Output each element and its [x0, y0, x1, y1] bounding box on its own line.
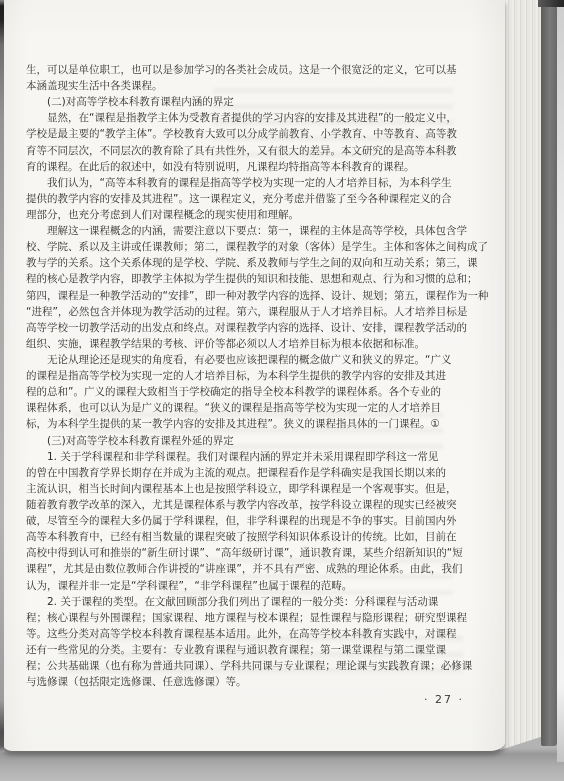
- text-line: 与选修课（包括限定选修课、任意选修课）等。: [26, 674, 453, 690]
- text-line: 认为，课程并非一定是“学科课程”，“非学科课程”也属于课程的范畴。: [26, 578, 453, 594]
- text-line: 本涵盖现实生活中各类课程。: [26, 78, 453, 94]
- text-line: 高等本科教育中，已经有相当数量的课程突破了按照学科知识体系设计的传统。比如，目前…: [26, 529, 453, 545]
- text-line: 我们认为，“高等本科教育的课程是指高等学校为实现一定的人才培养目标，为本科学生: [26, 175, 453, 191]
- text-line: 标，为本科学生提供的某一教学内容的安排及其进程”。狭义的课程指具体的一门课程。①: [26, 416, 453, 432]
- text-line: 理解这一课程概念的内涵，需要注意以下要点：第一，课程的主体是高等学校，具体包含学: [26, 223, 453, 239]
- text-line: 随着教育教学改革的深入，尤其是课程体系与教学内容改革，按学科设立课程的现实已经被…: [26, 497, 453, 513]
- text-line: 组织、实施，课程教学结果的考核、评价等都必须以人才培养目标为根本依据和标准。: [26, 336, 453, 352]
- book-page: 生，可以是单位职工，也可以是参加学习的各类社会成员。这是一个很宽泛的定义，它可以…: [3, 0, 505, 751]
- text-line: 校、学院、系以及主讲或任课教师；第二，课程教学的对象（客体）是学生。主体和客体之…: [26, 239, 453, 255]
- text-line: 2. 关于课程的类型。在文献回顾部分我们列出了课程的一般分类：分科课程与活动课: [26, 594, 453, 610]
- text-line: 的课程是指高等学校为实现一定的人才培养目标，为本科学生提供的教学内容的安排及其进: [26, 368, 453, 384]
- text-line: 主流认识，相当长时间内课程基本上也是按照学科设立，即学科课程是一个客观事实。但是…: [26, 481, 453, 497]
- text-line: 课程体系，也可以认为是广义的课程。“狭义的课程是指高等学校为实现一定的人才培养目: [26, 400, 453, 416]
- page-number: · 27 ·: [424, 693, 464, 706]
- text-line: 还有一些常见的分类。主要有：专业教育课程与通识教育课程；第一课堂课程与第二课堂课: [26, 642, 453, 658]
- scan-corner-mark: [538, 0, 564, 7]
- scanner-right-margin: [557, 0, 564, 762]
- text-line: 1. 关于学科课程和非学科课程。我们对课程内涵的界定并未采用课程即学科这一常见: [26, 449, 453, 465]
- text-line: 程；核心课程与外围课程；国家课程、地方课程与校本课程；显性课程与隐形课程；研究型…: [26, 610, 453, 626]
- text-line: 等。这些分类对高等学校本科教育课程基本适用。此外，在高等学校本科教育实践中，对课…: [26, 626, 453, 642]
- text-line: 理部分，也充分考虑到人们对课程概念的现实使用和理解。: [26, 207, 453, 223]
- text-line: 育的课程。在此后的叙述中，如没有特别说明，凡课程均特指高等本科教育的课程。: [26, 159, 453, 175]
- text-line: (二)对高等学校本科教育课程内涵的界定: [26, 94, 453, 110]
- text-line: 学校是最主要的“教学主体”。学校教育大致可以分成学前教育、小学教育、中等教育、高…: [26, 126, 453, 142]
- text-line: 提供的教学内容的安排及其进程”。这一课程定义，充分考虑并借鉴了至今各种课程定义的…: [26, 191, 453, 207]
- text-line: 的曾在中国教育学界长期存在并成为主流的观点。把课程看作是学科确实是我国长期以来的: [26, 465, 453, 481]
- text-line: 教与学的关系。这个关系体现的是学校、学院、系及教师与学生之间的双向和互动关系；第…: [26, 255, 453, 271]
- text-line: 高等学校一切教学活动的出发点和终点。对课程教学内容的选择、设计、安排，课程教学活…: [26, 320, 453, 336]
- text-line: 程的核心是教学内容，即教学主体拟为学生提供的知识和技能、思想和观点、行为和习惯的…: [26, 271, 453, 287]
- text-line: 无论从理论还是现实的角度看，有必要也应该把课程的概念做广义和狭义的界定。“广义: [26, 352, 453, 368]
- text-line: 第四，课程是一种教学活动的“安排”，即一种对教学内容的选择、设计、规划；第五，课…: [26, 288, 453, 304]
- text-line: 显然，在“课程是指教学主体为受教育者提供的学习内容的安排及其进程”的一般定义中，: [26, 110, 453, 126]
- text-line: 生，可以是单位职工，也可以是参加学习的各类社会成员。这是一个很宽泛的定义，它可以…: [26, 62, 453, 78]
- page-text: 生，可以是单位职工，也可以是参加学习的各类社会成员。这是一个很宽泛的定义，它可以…: [26, 62, 453, 690]
- text-line: 程；公共基础课（也有称为普通共同课）、学科共同课与专业课程；理论课与实践教育课；…: [26, 658, 453, 674]
- book-page-stack-edge: [500, 0, 542, 750]
- scanned-document: 生，可以是单位职工，也可以是参加学习的各类社会成员。这是一个很宽泛的定义，它可以…: [0, 0, 564, 781]
- text-line: 破，尽管至今的课程大多仍属于学科课程，但，非学科课程的出现是不争的事实。目前国内…: [26, 513, 453, 529]
- text-line: “进程”，必然包含并体现为教学活动的过程。第六，课程服从于人才培养目标。人才培养…: [26, 304, 453, 320]
- scan-left-edge-shadow: [0, 0, 4, 752]
- text-line: 课程”，尤其是由数位教师合作讲授的“讲座课”，并不具有严密、成熟的理论体系。由此…: [26, 561, 453, 577]
- text-line: 程的总和”。广义的课程大致相当于学校确定的指导全校本科教学的课程体系。各个专业的: [26, 384, 453, 400]
- text-line: (三)对高等学校本科教育课程外延的界定: [26, 433, 453, 449]
- book-cover-edge: [541, 0, 557, 746]
- text-line: 育等不同层次，不同层次的教育除了具有共性外，又有很大的差异。本文研究的是高等本科…: [26, 143, 453, 159]
- text-line: 高校中得到认可和推崇的“新生研讨课”、“高年级研讨课”，通识教育课，某些介绍新知…: [26, 545, 453, 561]
